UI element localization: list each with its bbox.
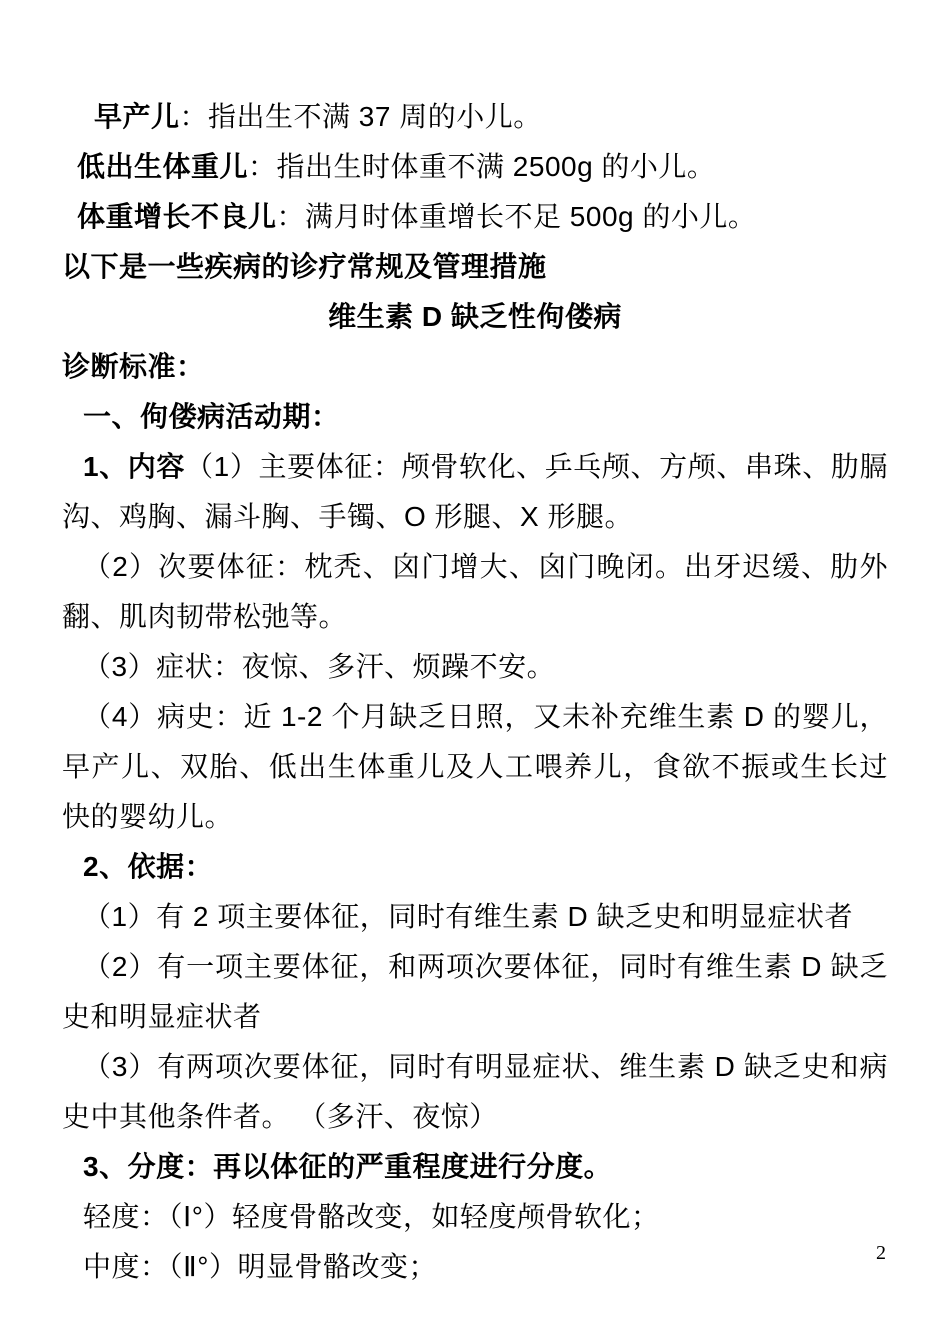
section-intro-heading: 以下是一些疾病的诊疗常规及管理措施: [62, 242, 888, 292]
para-main-signs-label: 1、内容: [83, 451, 185, 482]
heading-diagnostic-criteria: 诊断标准：: [62, 342, 888, 392]
definition-poor-weight-gain: 体重增长不良儿：满月时体重增长不足 500g 的小儿。: [62, 192, 888, 242]
definition-pwg-term: 体重增长不良儿: [77, 201, 277, 232]
definition-low-birth-weight: 低出生体重儿：指出生时体重不满 2500g 的小儿。: [62, 142, 888, 192]
definition-lbw-term: 低出生体重儿: [77, 151, 248, 182]
heading-active-stage: 一、佝偻病活动期：: [62, 392, 888, 442]
para-symptoms: （3）症状：夜惊、多汗、烦躁不安。: [62, 642, 888, 692]
para-grade-mild: 轻度：（Ⅰ°）轻度骨骼改变，如轻度颅骨软化；: [62, 1192, 888, 1242]
heading-basis: 2、依据：: [62, 842, 888, 892]
para-basis-3: （3）有两项次要体征，同时有明显症状、维生素 D 缺乏史和病史中其他条件者。 （…: [62, 1042, 888, 1142]
para-history: （4）病史：近 1-2 个月缺乏日照，又未补充维生素 D 的婴儿，早产儿、双胎、…: [62, 692, 888, 842]
page-number: 2: [876, 1242, 886, 1264]
definition-preterm-infant: 早产儿：指出生不满 37 周的小儿。: [62, 92, 888, 142]
para-secondary-signs: （2）次要体征：枕秃、囟门增大、囟门晚闭。出牙迟缓、肋外翻、肌肉韧带松弛等。: [62, 542, 888, 642]
para-basis-2: （2）有一项主要体征，和两项次要体征，同时有维生素 D 缺乏史和明显症状者: [62, 942, 888, 1042]
definition-preterm-term: 早产儿: [94, 101, 180, 132]
heading-grading: 3、分度：再以体征的严重程度进行分度。: [62, 1142, 888, 1192]
disease-title: 维生素 D 缺乏性佝偻病: [62, 292, 888, 342]
para-main-signs: 1、内容（1）主要体征：颅骨软化、乒乓颅、方颅、串珠、肋膈沟、鸡胸、漏斗胸、手镯…: [62, 442, 888, 542]
definition-pwg-text: ：满月时体重增长不足 500g 的小儿。: [277, 201, 757, 232]
para-main-signs-text: （1）主要体征：颅骨软化、乒乓颅、方颅、串珠、肋膈沟、鸡胸、漏斗胸、手镯、O 形…: [62, 451, 888, 532]
document-page: 早产儿：指出生不满 37 周的小儿。 低出生体重儿：指出生时体重不满 2500g…: [0, 0, 950, 1344]
para-grade-moderate: 中度：（Ⅱ°）明显骨骼改变；: [62, 1242, 888, 1292]
definition-preterm-text: ：指出生不满 37 周的小儿。: [180, 101, 542, 132]
document-body: 早产儿：指出生不满 37 周的小儿。 低出生体重儿：指出生时体重不满 2500g…: [0, 0, 950, 1292]
definition-lbw-text: ：指出生时体重不满 2500g 的小儿。: [248, 151, 715, 182]
para-basis-1: （1）有 2 项主要体征，同时有维生素 D 缺乏史和明显症状者: [62, 892, 888, 942]
